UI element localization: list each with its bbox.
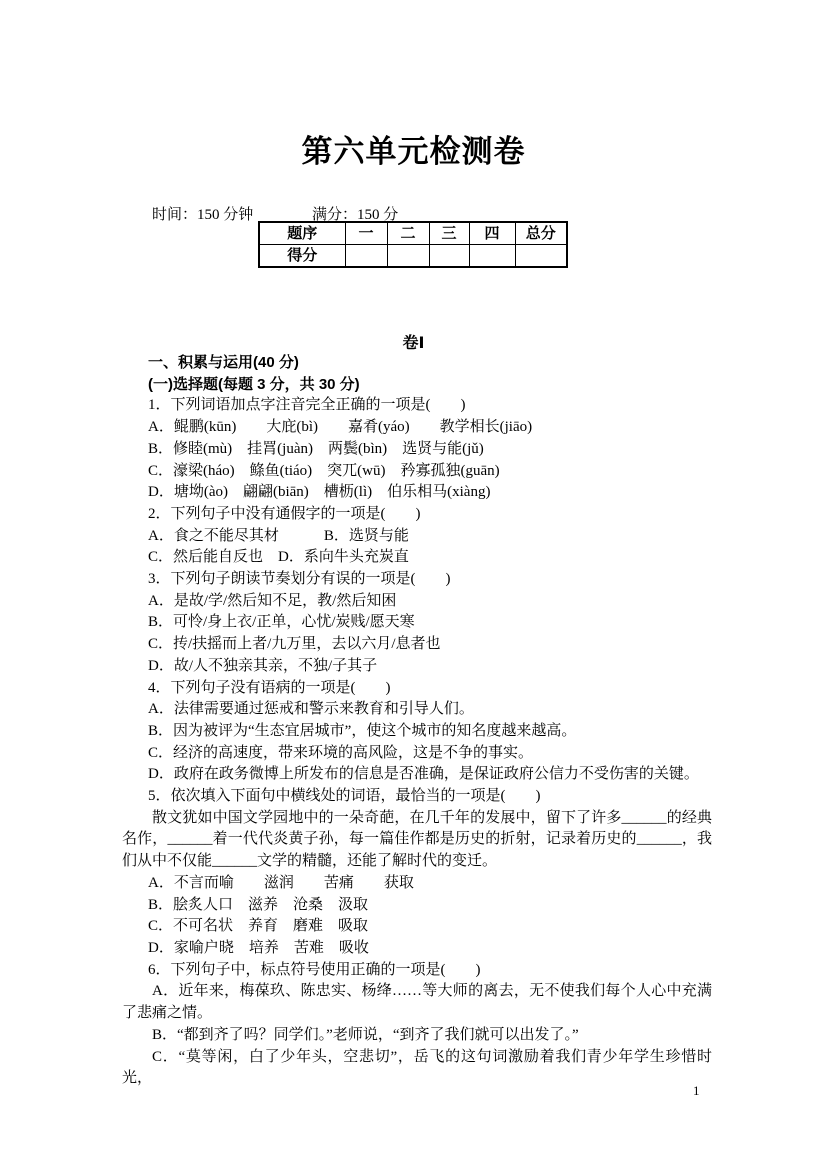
text-line: D．政府在政务微博上所发布的信息是否准确，是保证政府公信力不受伤害的关键。 (122, 764, 712, 786)
text-line: D．家喻户晓 培养 苦难 吸收 (122, 938, 712, 960)
score-table-header-label: 题序 (259, 222, 345, 245)
text-line: 2．下列句子中没有通假字的一项是( ) (122, 504, 712, 526)
page-number: 1 (693, 1083, 700, 1099)
text-line: 5．依次填入下面句中横线处的词语，最恰当的一项是( ) (122, 786, 712, 808)
score-row-label: 得分 (259, 245, 345, 268)
section-heading: (一)选择题(每题 3 分，共 30 分) (122, 374, 712, 396)
score-cell-1 (345, 245, 387, 268)
text-line: A．鲲鹏(kūn) 大庇(bì) 嘉肴(yáo) 教学相长(jiāo) (122, 417, 712, 439)
text-line: C．然后能自反也 D．系向牛头充炭直 (122, 547, 712, 569)
text-line: A．法律需要通过惩戒和警示来教育和引导人们。 (122, 699, 712, 721)
score-table-header-total: 总分 (515, 222, 567, 245)
text-line: 散文犹如中国文学园地中的一朵奇葩，在几千年的发展中，留下了许多______的经典… (122, 808, 712, 873)
score-table-header-col1: 一 (345, 222, 387, 245)
text-line: B．“都到齐了吗？同学们。”老师说，“到齐了我们就可以出发了。” (122, 1025, 712, 1047)
text-line: C．“莫等闲，白了少年头，空悲切”，岳飞的这句词激励着我们青少年学生珍惜时光， (122, 1047, 712, 1090)
text-line: C．不可名状 养育 磨难 吸取 (122, 916, 712, 938)
score-cell-3 (429, 245, 469, 268)
exam-time: 时间：150 分钟 (152, 207, 253, 223)
text-line: B．修睦(mù) 挂罥(juàn) 两鬓(bìn) 选贤与能(jǔ) (122, 439, 712, 461)
document-page: 第六单元检测卷 时间：150 分钟 满分：150 分 题序 一 二 三 四 总分… (0, 0, 827, 1169)
text-line: B．可怜/身上衣/正单，心忧/炭贱/愿天寒 (122, 612, 712, 634)
text-line: 1．下列词语加点字注音完全正确的一项是( ) (122, 395, 712, 417)
text-line: D．塘坳(ào) 翩翩(biān) 槽枥(lì) 伯乐相马(xiàng) (122, 482, 712, 504)
text-line: B．因为被评为“生态宜居城市”，使这个城市的知名度越来越高。 (122, 721, 712, 743)
text-line: C．经济的高速度，带来环境的高风险，这是不争的事实。 (122, 743, 712, 765)
text-line: 3．下列句子朗读节奏划分有误的一项是( ) (122, 569, 712, 591)
text-line: A．食之不能尽其材 B．选贤与能 (122, 526, 712, 548)
text-line: A．是故/学/然后知不足，教/然后知困 (122, 591, 712, 613)
score-table-score-row: 得分 (259, 245, 567, 268)
text-line: C．濠梁(háo) 鲦鱼(tiáo) 突兀(wū) 矜寡孤独(guān) (122, 461, 712, 483)
text-line: C．抟/扶摇而上者/九万里，去以六月/息者也 (122, 634, 712, 656)
text-line: B．脍炙人口 滋养 沧桑 汲取 (122, 895, 712, 917)
exam-body: 一、积累与运用(40 分)(一)选择题(每题 3 分，共 30 分)1．下列词语… (122, 352, 712, 1090)
page-title: 第六单元检测卷 (0, 126, 827, 171)
score-table-header-col4: 四 (469, 222, 515, 245)
score-table: 题序 一 二 三 四 总分 得分 (258, 221, 568, 268)
text-line: 4．下列句子没有语病的一项是( ) (122, 678, 712, 700)
score-table-header-col2: 二 (387, 222, 429, 245)
text-line: D．故/人不独亲其亲，不独/子其子 (122, 656, 712, 678)
score-cell-total (515, 245, 567, 268)
score-cell-2 (387, 245, 429, 268)
volume-heading: 卷Ⅰ (0, 330, 827, 353)
text-line: A．不言而喻 滋润 苦痛 获取 (122, 873, 712, 895)
text-line: A．近年来，梅葆玖、陈忠实、杨绛……等大师的离去，无不使我们每个人心中充满了悲痛… (122, 981, 712, 1024)
score-cell-4 (469, 245, 515, 268)
score-table-header-row: 题序 一 二 三 四 总分 (259, 222, 567, 245)
text-line: 6．下列句子中，标点符号使用正确的一项是( ) (122, 960, 712, 982)
score-table-header-col3: 三 (429, 222, 469, 245)
section-heading: 一、积累与运用(40 分) (122, 352, 712, 374)
